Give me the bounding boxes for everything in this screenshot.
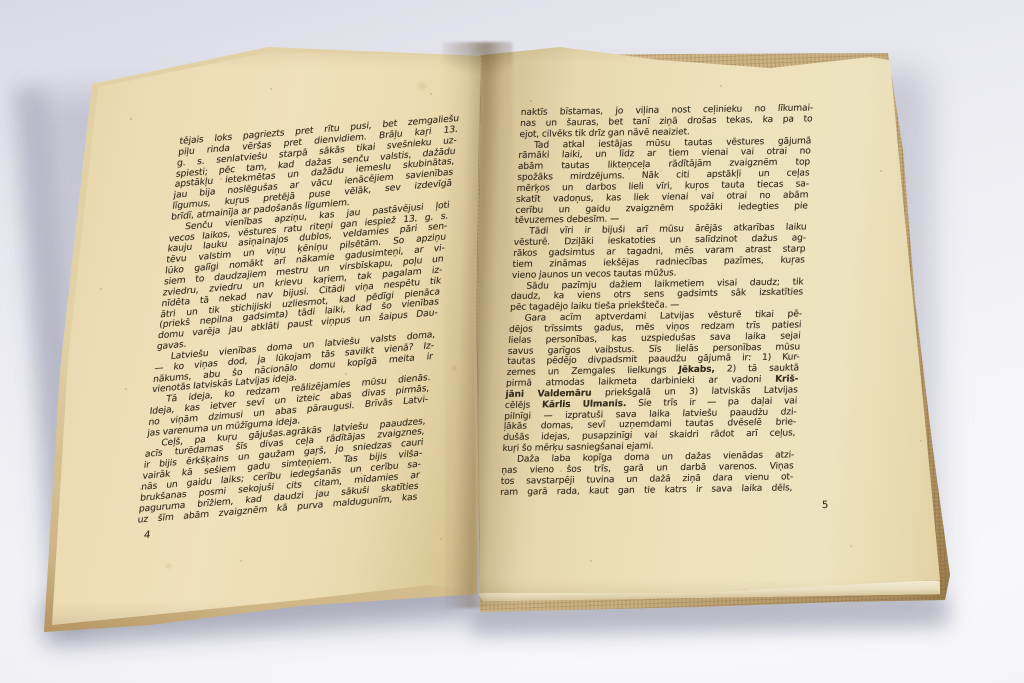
book-photo: tējais loks pagriezts pret rītu pusi, be… <box>0 0 1024 683</box>
paper-speckles <box>40 38 42 40</box>
left-page-text: tējais loks pagriezts pret rītu pusi, be… <box>137 114 459 526</box>
left-page-number: 4 <box>143 530 151 541</box>
right-page-text: naktīs bīstamas, jo viļina nost ceļiniek… <box>500 103 813 498</box>
paper-speckles <box>470 40 472 42</box>
left-page: tējais loks pagriezts pret rītu pusi, be… <box>40 38 500 638</box>
right-page: naktīs bīstamas, jo viļina nost ceļiniek… <box>470 40 970 620</box>
right-page-number: 5 <box>822 500 829 511</box>
